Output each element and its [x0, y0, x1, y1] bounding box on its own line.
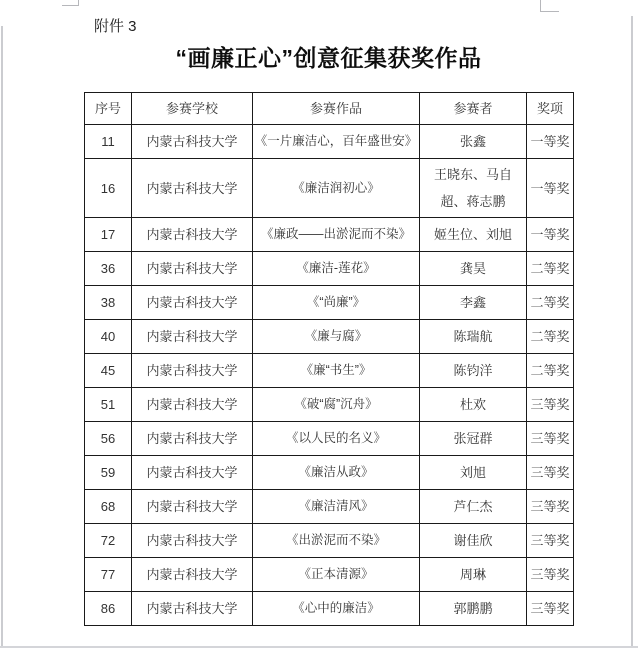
cell-award: 三等奖	[527, 490, 574, 524]
cell-award: 二等奖	[527, 252, 574, 286]
cell-award: 二等奖	[527, 320, 574, 354]
table-row: 40 内蒙古科技大学 《廉与腐》 陈瑞航 二等奖	[85, 320, 574, 354]
cell-participant: 李鑫	[420, 286, 527, 320]
cell-award: 三等奖	[527, 558, 574, 592]
cell-no: 17	[85, 218, 132, 252]
cell-no: 51	[85, 388, 132, 422]
table-header-row: 序号 参赛学校 参赛作品 参赛者 奖项	[85, 93, 574, 125]
cell-no: 40	[85, 320, 132, 354]
cell-work: 《廉与腐》	[253, 320, 420, 354]
cell-school: 内蒙古科技大学	[132, 320, 253, 354]
cell-no: 68	[85, 490, 132, 524]
page-title: “画廉正心”创意征集获奖作品	[84, 40, 573, 73]
cell-school: 内蒙古科技大学	[132, 558, 253, 592]
table-body: 11 内蒙古科技大学 《一片廉洁心，百年盛世安》 张鑫 一等奖 16 内蒙古科技…	[85, 125, 574, 626]
cell-school: 内蒙古科技大学	[132, 422, 253, 456]
cell-work: 《破“腐”沉舟》	[253, 388, 420, 422]
cell-school: 内蒙古科技大学	[132, 159, 253, 218]
cell-work: 《正本清源》	[253, 558, 420, 592]
cell-participant: 谢佳欣	[420, 524, 527, 558]
column-header-no: 序号	[85, 93, 132, 125]
cell-award: 一等奖	[527, 125, 574, 159]
table-row: 38 内蒙古科技大学 《“尚廉”》 李鑫 二等奖	[85, 286, 574, 320]
cell-work: 《廉洁清风》	[253, 490, 420, 524]
cell-participant: 刘旭	[420, 456, 527, 490]
cell-school: 内蒙古科技大学	[132, 252, 253, 286]
cell-school: 内蒙古科技大学	[132, 354, 253, 388]
cell-school: 内蒙古科技大学	[132, 592, 253, 626]
text-boundary-mark-right	[540, 0, 559, 12]
cell-participant: 郭鹏鹏	[420, 592, 527, 626]
table-row: 86 内蒙古科技大学 《心中的廉洁》 郭鹏鹏 三等奖	[85, 592, 574, 626]
cell-no: 16	[85, 159, 132, 218]
cell-award: 三等奖	[527, 422, 574, 456]
cell-work: 《廉政——出淤泥而不染》	[253, 218, 420, 252]
cell-award: 三等奖	[527, 592, 574, 626]
cell-participant: 芦仁杰	[420, 490, 527, 524]
cell-school: 内蒙古科技大学	[132, 388, 253, 422]
cell-no: 59	[85, 456, 132, 490]
cell-no: 45	[85, 354, 132, 388]
cell-work: 《廉洁润初心》	[253, 159, 420, 218]
cell-award: 三等奖	[527, 524, 574, 558]
table-row: 16 内蒙古科技大学 《廉洁润初心》 王晓东、马自超、蒋志鹏 一等奖	[85, 159, 574, 218]
table-row: 68 内蒙古科技大学 《廉洁清风》 芦仁杰 三等奖	[85, 490, 574, 524]
cell-no: 72	[85, 524, 132, 558]
table-row: 51 内蒙古科技大学 《破“腐”沉舟》 杜欢 三等奖	[85, 388, 574, 422]
table-row: 56 内蒙古科技大学 《以人民的名义》 张冠群 三等奖	[85, 422, 574, 456]
cell-school: 内蒙古科技大学	[132, 125, 253, 159]
cell-no: 86	[85, 592, 132, 626]
cell-school: 内蒙古科技大学	[132, 218, 253, 252]
column-header-award: 奖项	[527, 93, 574, 125]
cell-no: 36	[85, 252, 132, 286]
table-row: 17 内蒙古科技大学 《廉政——出淤泥而不染》 姬生位、刘旭 一等奖	[85, 218, 574, 252]
cell-no: 77	[85, 558, 132, 592]
cell-work: 《一片廉洁心，百年盛世安》	[253, 125, 420, 159]
cell-school: 内蒙古科技大学	[132, 456, 253, 490]
cell-work: 《“尚廉”》	[253, 286, 420, 320]
document-page: 附件 3 “画廉正心”创意征集获奖作品 序号 参赛学校 参赛作品 参赛者 奖项 …	[0, 0, 638, 648]
cell-award: 三等奖	[527, 388, 574, 422]
cell-work: 《廉洁从政》	[253, 456, 420, 490]
cell-award: 一等奖	[527, 218, 574, 252]
cell-participant: 周琳	[420, 558, 527, 592]
cell-work: 《廉“书生”》	[253, 354, 420, 388]
cell-school: 内蒙古科技大学	[132, 490, 253, 524]
cell-no: 11	[85, 125, 132, 159]
cell-award: 一等奖	[527, 159, 574, 218]
page-edge-left	[1, 26, 3, 648]
cell-award: 三等奖	[527, 456, 574, 490]
cell-work: 《廉洁-莲花》	[253, 252, 420, 286]
table-row: 72 内蒙古科技大学 《出淤泥而不染》 谢佳欣 三等奖	[85, 524, 574, 558]
cell-school: 内蒙古科技大学	[132, 524, 253, 558]
cell-participant: 龚昊	[420, 252, 527, 286]
table-row: 45 内蒙古科技大学 《廉“书生”》 陈钧洋 二等奖	[85, 354, 574, 388]
cell-work: 《心中的廉洁》	[253, 592, 420, 626]
cell-work: 《以人民的名义》	[253, 422, 420, 456]
cell-school: 内蒙古科技大学	[132, 286, 253, 320]
cell-participant: 张冠群	[420, 422, 527, 456]
text-boundary-mark-left	[62, 0, 79, 6]
attachment-label: 附件 3	[94, 15, 137, 36]
cell-participant: 姬生位、刘旭	[420, 218, 527, 252]
cell-no: 38	[85, 286, 132, 320]
page-edge-right	[631, 16, 633, 648]
cell-participant: 王晓东、马自超、蒋志鹏	[420, 159, 527, 218]
table-row: 59 内蒙古科技大学 《廉洁从政》 刘旭 三等奖	[85, 456, 574, 490]
cell-award: 二等奖	[527, 354, 574, 388]
column-header-school: 参赛学校	[132, 93, 253, 125]
awards-table: 序号 参赛学校 参赛作品 参赛者 奖项 11 内蒙古科技大学 《一片廉洁心，百年…	[84, 92, 574, 626]
cell-no: 56	[85, 422, 132, 456]
cell-participant: 杜欢	[420, 388, 527, 422]
cell-participant: 陈瑞航	[420, 320, 527, 354]
table-row: 11 内蒙古科技大学 《一片廉洁心，百年盛世安》 张鑫 一等奖	[85, 125, 574, 159]
cell-work: 《出淤泥而不染》	[253, 524, 420, 558]
cell-participant: 张鑫	[420, 125, 527, 159]
cell-participant: 陈钧洋	[420, 354, 527, 388]
column-header-work: 参赛作品	[253, 93, 420, 125]
column-header-participant: 参赛者	[420, 93, 527, 125]
table-row: 36 内蒙古科技大学 《廉洁-莲花》 龚昊 二等奖	[85, 252, 574, 286]
table-row: 77 内蒙古科技大学 《正本清源》 周琳 三等奖	[85, 558, 574, 592]
cell-award: 二等奖	[527, 286, 574, 320]
